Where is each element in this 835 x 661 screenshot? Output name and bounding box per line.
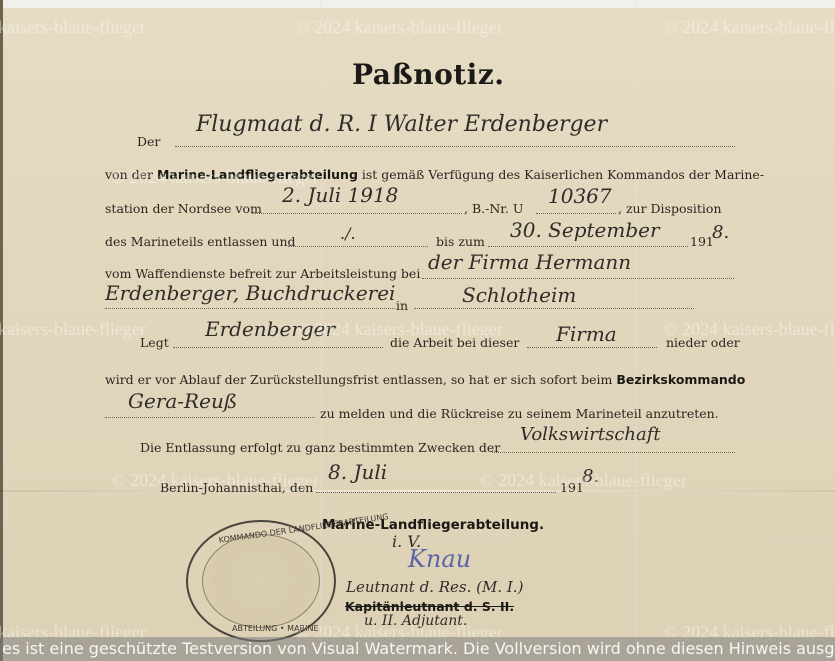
line-10-label: Die Entlassung erfolgt zu ganz bestimmte…: [140, 440, 500, 455]
dotted-field: [488, 246, 688, 247]
ref-number-handwritten: 10367: [548, 184, 612, 208]
dotted-field: [173, 347, 383, 348]
watermark: © 2024 kaisers-blaue-flieger: [296, 17, 503, 38]
district-handwritten: Gera-Reuß: [128, 389, 237, 413]
dotted-field: [414, 308, 694, 309]
line-4-label: des Marineteils entlassen und: [105, 234, 296, 249]
rank-printed-struck: Kapitänleutnant d. S. II.: [345, 599, 514, 614]
firm-handwritten: Firma: [556, 322, 617, 346]
line-3-label: station der Nordsee vom: [105, 201, 262, 216]
name-handwritten: Flugmaat d. R. I Walter Erdenberger: [196, 112, 607, 137]
until-label: bis zum: [436, 234, 485, 249]
in-label: in: [396, 298, 408, 313]
dotted-field: [252, 213, 462, 214]
line-8: wird er vor Ablauf der Zurückstellungsfr…: [105, 372, 745, 387]
watermark: © 2024 kaisers-blaue-flieger: [112, 167, 319, 188]
issue-date-handwritten: 8. Juli: [328, 460, 387, 484]
watermark: © 2024 kaisers-blaue-flieger: [296, 319, 503, 340]
dotted-field: [492, 452, 735, 453]
fold-line: [635, 0, 637, 661]
dotted-field: [316, 492, 556, 493]
dotted-field: [536, 213, 616, 214]
dotted-field: [288, 246, 428, 247]
watermark: © 2024 kaisers-blaue-flieger: [112, 470, 319, 491]
document-title: Paßnotiz.: [352, 58, 504, 91]
dotted-field: [175, 146, 735, 147]
watermark: kaisers-blaue-flieger: [0, 319, 146, 340]
line-5-label: vom Waffendienste befreit zur Arbeitslei…: [105, 266, 420, 281]
trial-version-banner: es ist eine geschützte Testversion von V…: [0, 637, 835, 661]
employer-handwritten: der Firma Hermann: [428, 250, 631, 274]
watermark: © 2024 kaisers-blaue-flieger: [664, 17, 835, 38]
watermark: © 2024 kaisers-blaue-flieger: [664, 319, 835, 340]
year-printed: 191: [690, 234, 714, 249]
watermark: © 2024 kaisers-blaue-flieger: [480, 470, 687, 491]
until-date-handwritten: 30. September: [510, 218, 660, 242]
dotted-field: [105, 308, 395, 309]
document-paper: Paßnotiz. Der Flugmaat d. R. I Walter Er…: [0, 0, 835, 661]
line-9-post: zu melden und die Rückreise zu seinem Ma…: [320, 406, 719, 421]
purpose-handwritten: Volkswirtschaft: [520, 424, 661, 445]
line-3-post: , zur Disposition: [618, 201, 722, 216]
der-label: Der: [137, 134, 160, 149]
place-handwritten: Schlotheim: [462, 283, 576, 307]
dotted-field: [422, 278, 734, 279]
stamp-eagle-emblem: [202, 534, 320, 628]
watermark: kaisers-blaue-flieger: [0, 17, 146, 38]
signature: Knau: [408, 545, 471, 573]
employer-cont-handwritten: Erdenberger, Buchdruckerei: [105, 281, 395, 305]
top-edge: [0, 0, 835, 8]
dotted-field: [527, 347, 657, 348]
district-command-bold: Bezirkskommando: [616, 372, 745, 387]
rank-handwritten: Leutnant d. Res. (M. I.): [346, 578, 523, 596]
dotted-field: [105, 417, 315, 418]
ref-number-label: , B.-Nr. U: [464, 201, 523, 216]
blank-mark-handwritten: ./.: [340, 224, 356, 243]
year-handwritten: 8.: [712, 222, 729, 243]
